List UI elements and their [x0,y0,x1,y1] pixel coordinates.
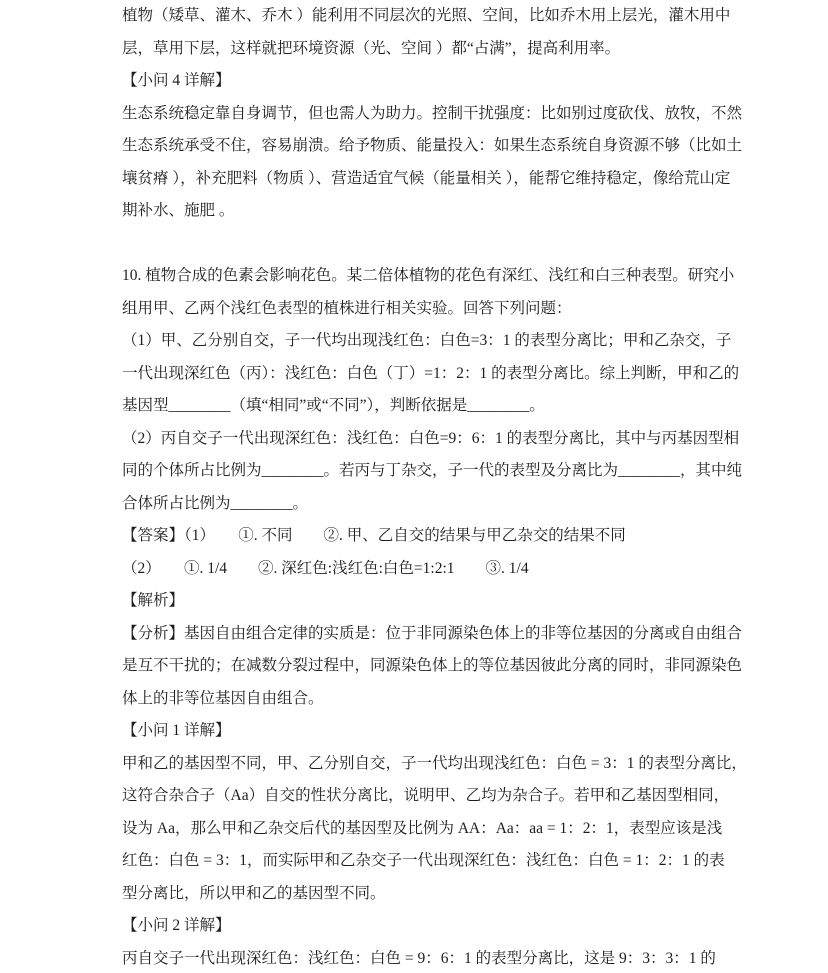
section-heading: 【小问 2 详解】 [122,910,718,943]
paragraph-subquestion-4-explanation: 生态系统稳定靠自身调节，但也需人为助力。控制干扰强度：比如别过度砍伐、放牧，不然… [122,98,718,228]
question-part2-line: （2）丙自交子一代出现深红色：浅红色：白色=9：6：1 的表型分离比，其中与丙基… [122,423,718,456]
question-part2-blank-line: 同的个体所占比例为________。若丙与丁杂交，子一代的表型及分离比为____… [122,455,718,488]
answer-block: 【答案】（1） ①. 不同 ②. 甲、乙自交的结果与甲乙杂交的结果不同 （2） … [122,520,718,585]
heading-analysis: 【解析】 [122,585,718,618]
question-10: 10. 植物合成的色素会影响花色。某二倍体植物的花色有深红、浅红和白三种表型。研… [122,260,718,520]
text-line: 红色：白色 = 3：1，而实际甲和乙杂交子一代出现深红色：浅红色：白色 = 1：… [122,845,718,878]
text-line: 壤贫瘠 ），补充肥料（物质 ）、营造适宜气候（能量相关 ），能帮它维持稳定，像给… [122,163,718,196]
paragraph-plant-layers: 植物（矮草、灌木、乔木 ）能利用不同层次的光照、空间，比如乔木用上层光，灌木用中… [122,0,718,65]
text-line: 型分离比，所以甲和乙的基因型不同。 [122,878,718,911]
text-line: 设为 Aa，那么甲和乙杂交后代的基因型及比例为 AA：Aa：aa = 1：2：1… [122,813,718,846]
answer-part2-line: （2） ①. 1/4 ②. 深红色:浅红色:白色=1:2:1 ③. 1/4 [122,553,718,586]
text-line: 期补水、施肥 。 [122,195,718,228]
text-line: 生态系统承受不住，容易崩溃。给予物质、能量投入：如果生态系统自身资源不够（比如土 [122,130,718,163]
text-line: 甲和乙的基因型不同，甲、乙分别自交，子一代均出现浅红色：白色 = 3：1 的表型… [122,748,718,781]
text-line: 【分析】基因自由组合定律的实质是：位于非同源染色体上的非等位基因的分离或自由组合 [122,618,718,651]
text-line: 丙自交子一代出现深红色：浅红色：白色 = 9：6：1 的表型分离比，这是 9：3… [122,943,718,973]
text-line: 是互不干扰的；在减数分裂过程中，同源染色体上的等位基因彼此分离的同时，非同源染色 [122,650,718,683]
question-text-line: 组用甲、乙两个浅红色表型的植株进行相关实验。回答下列问题： [122,293,718,326]
question-part1-line: 一代出现深红色（丙）：浅红色：白色（丁）=1：2：1 的表型分离比。综上判断，甲… [122,358,718,391]
heading-subquestion-1-explanation: 【小问 1 详解】 [122,715,718,748]
answer-part1-line: 【答案】（1） ①. 不同 ②. 甲、乙自交的结果与甲乙杂交的结果不同 [122,520,718,553]
text-line: 植物（矮草、灌木、乔木 ）能利用不同层次的光照、空间，比如乔木用上层光，灌木用中 [122,0,718,33]
question-part1-line: （1）甲、乙分别自交，子一代均出现浅红色：白色=3：1 的表型分离比；甲和乙杂交… [122,325,718,358]
paragraph-subquestion-1-explanation: 甲和乙的基因型不同，甲、乙分别自交，子一代均出现浅红色：白色 = 3：1 的表型… [122,748,718,911]
text-line: 体上的非等位基因自由组合。 [122,683,718,716]
text-line: 层，草用下层，这样就把环境资源（光、空间 ）都“占满”，提高利用率。 [122,33,718,66]
question-part2-blank-line: 合体所占比例为________。 [122,488,718,521]
heading-subquestion-2-explanation: 【小问 2 详解】 [122,910,718,943]
paragraph-analysis: 【分析】基因自由组合定律的实质是：位于非同源染色体上的非等位基因的分离或自由组合… [122,618,718,716]
section-heading: 【小问 4 详解】 [122,65,718,98]
section-heading: 【小问 1 详解】 [122,715,718,748]
document-page: 植物（矮草、灌木、乔木 ）能利用不同层次的光照、空间，比如乔木用上层光，灌木用中… [0,0,828,973]
question-text-line: 10. 植物合成的色素会影响花色。某二倍体植物的花色有深红、浅红和白三种表型。研… [122,260,718,293]
heading-subquestion-4-explanation: 【小问 4 详解】 [122,65,718,98]
section-heading: 【解析】 [122,585,718,618]
paragraph-subquestion-2-explanation: 丙自交子一代出现深红色：浅红色：白色 = 9：6：1 的表型分离比，这是 9：3… [122,943,718,973]
text-line: 这符合杂合子（Aa）自交的性状分离比，说明甲、乙均为杂合子。若甲和乙基因型相同， [122,780,718,813]
text-line: 生态系统稳定靠自身调节，但也需人为助力。控制干扰强度：比如别过度砍伐、放牧，不然 [122,98,718,131]
question-part1-blank-line: 基因型________（填“相同”或“不同”），判断依据是________。 [122,390,718,423]
